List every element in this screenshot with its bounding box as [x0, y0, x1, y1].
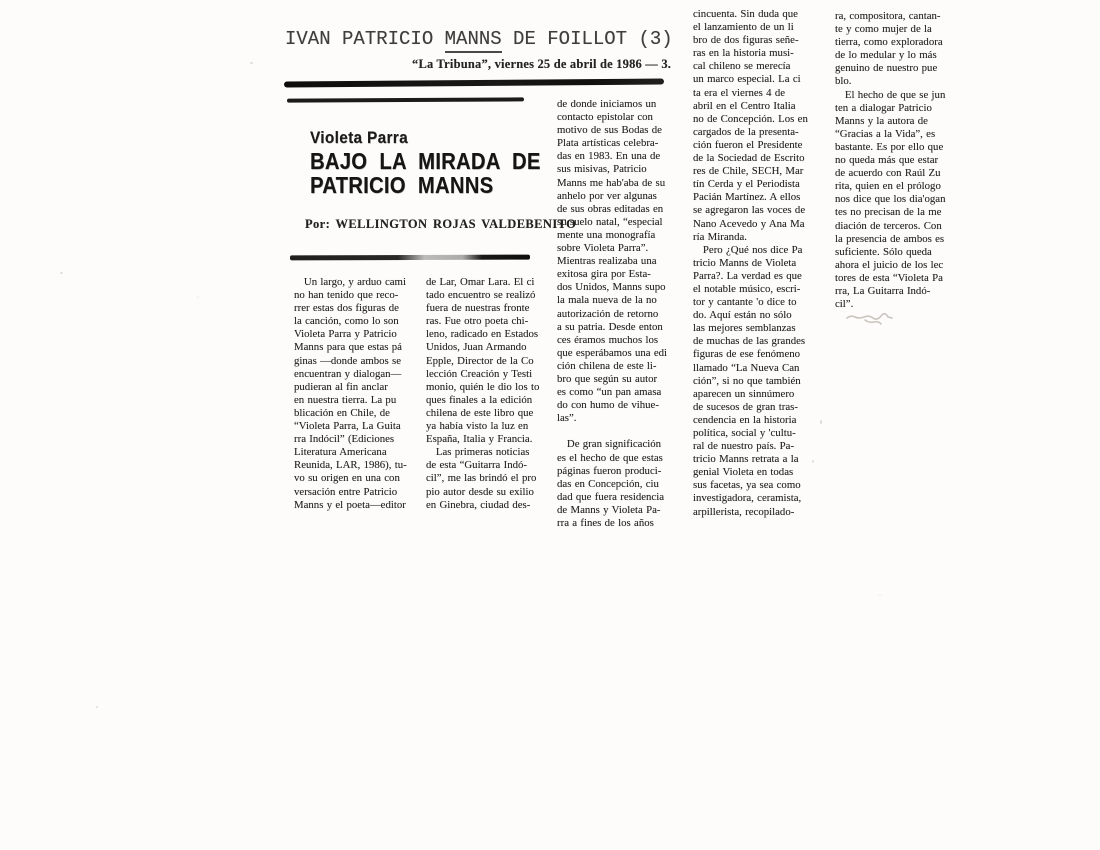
credit-line: “La Tribuna”, viernes 25 de abril de 198…: [412, 57, 671, 72]
scan-speck: [250, 62, 253, 64]
headline-line-2: PATRICIO MANNS: [310, 172, 493, 198]
annotation-underlined-name: MANNS: [445, 28, 502, 53]
headline-line-1: BAJO LA MIRADA DE: [310, 148, 541, 174]
typewritten-annotation: IVAN PATRICIO MANNS DE FOILLOT (3): [285, 28, 673, 50]
newspaper-scan-page: IVAN PATRICIO MANNS DE FOILLOT (3) “La T…: [0, 0, 1100, 850]
article-column-3: de donde iniciamos un contacto epistolar…: [557, 98, 689, 530]
byline: Por: WELLINGTON ROJAS VALDEBENITO: [305, 217, 576, 232]
divider-rule-top: [284, 79, 664, 88]
scan-speck: [820, 420, 822, 424]
article-column-5: ra, compositora, cantan- te y como mujer…: [835, 10, 965, 311]
headline: BAJO LA MIRADA DEPATRICIO MANNS: [310, 150, 541, 197]
article-column-2: de Lar, Omar Lara. El ci tado encuentro …: [426, 276, 556, 512]
scan-speck: [60, 272, 63, 274]
pencil-scribble: [845, 310, 900, 328]
kicker: Violeta Parra: [310, 128, 408, 148]
article-column-1: Un largo, y arduo cami no han tenido que…: [294, 276, 424, 512]
scan-speck: [96, 706, 98, 708]
scan-speck: [812, 460, 814, 463]
annotation-pre: IVAN PATRICIO: [285, 28, 445, 50]
headline-bottom-rule: [290, 255, 530, 261]
headline-top-rule: [287, 97, 524, 102]
annotation-post: DE FOILLOT (3): [502, 28, 673, 50]
article-column-4: cincuenta. Sin duda que el lanzamiento d…: [693, 8, 827, 519]
